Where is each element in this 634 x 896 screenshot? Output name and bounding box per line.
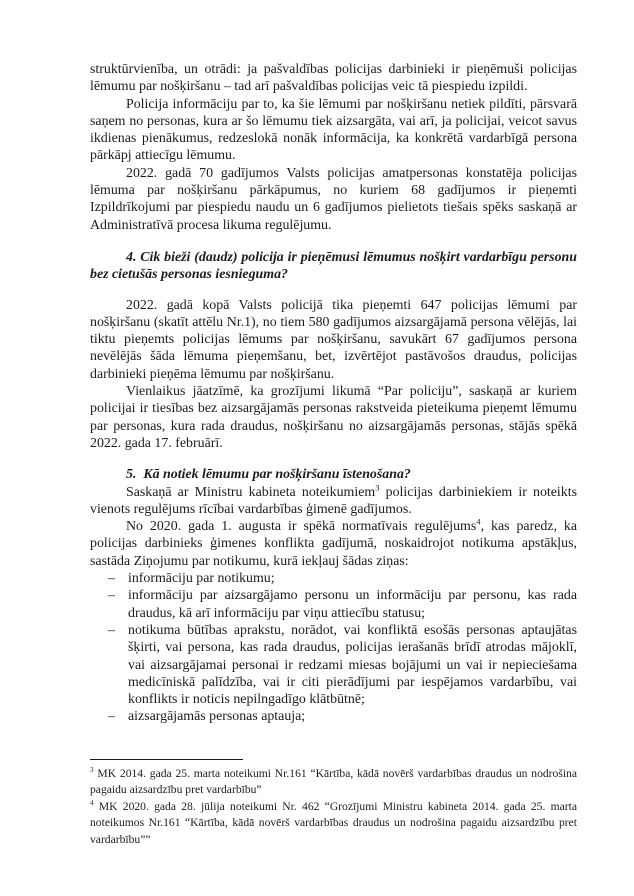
section-heading-4: 4. Cik bieži (daudz) policija ir pieņēmu… [90,249,577,284]
paragraph-continuation: struktūrvienība, un otrādi: ja pašvaldīb… [90,61,577,96]
footnote-4: 4 MK 2020. gada 28. jūlija noteikumi Nr.… [90,799,577,848]
paragraph-2020-regulation: No 2020. gada 1. augusta ir spēkā normat… [90,518,577,570]
bullet-text: notikuma būtības aprakstu, norādot, vai … [128,623,577,707]
footnote-marker-4: 4 [90,799,94,807]
bullet-text: informāciju par aizsargājamo personu un … [128,588,577,620]
bullet-item: – informāciju par notikumu; [90,570,577,587]
paragraph-police-information: Policija informāciju par to, ka šie lēmu… [90,96,577,165]
paragraph-law-amendments: Vienlaikus jāatzīmē, ka grozījumi likumā… [90,383,577,452]
footnote-text: MK 2014. gada 25. marta noteikumi Nr.161… [90,767,577,796]
document-page: struktūrvienība, un otrādi: ja pašvaldīb… [0,0,634,896]
bullet-marker: – [108,570,115,587]
footnote-text: MK 2020. gada 28. jūlija noteikumi Nr. 4… [90,800,577,846]
paragraph-text: No 2020. gada 1. augusta ir spēkā normat… [126,519,476,534]
footnotes-section: 3 MK 2014. gada 25. marta noteikumi Nr.1… [90,759,577,848]
footnote-marker-3: 3 [90,766,94,774]
paragraph-mk-regulations: Saskaņā ar Ministru kabineta noteikumiem… [90,484,577,519]
paragraph-2022-decisions: 2022. gadā kopā Valsts policijā tika pie… [90,297,577,383]
footnote-separator [90,759,243,760]
bullet-list: – informāciju par notikumu; – informācij… [90,570,577,726]
bullet-marker: – [108,708,115,725]
bullet-marker: – [108,622,115,639]
paragraph-2022-violations: 2022. gadā 70 gadījumos Valsts policijas… [90,165,577,234]
paragraph-text: Saskaņā ar Ministru kabineta noteikumiem [126,485,375,500]
section-heading-5: 5. Kā notiek lēmumu par nošķiršanu īsten… [90,466,577,483]
bullet-item: – aizsargājamās personas aptauja; [90,708,577,725]
bullet-text: aizsargājamās personas aptauja; [128,709,305,724]
bullet-text: informāciju par notikumu; [128,571,275,586]
bullet-item: – notikuma būtības aprakstu, norādot, va… [90,622,577,708]
footnote-3: 3 MK 2014. gada 25. marta noteikumi Nr.1… [90,766,577,799]
bullet-marker: – [108,587,115,604]
bullet-item: – informāciju par aizsargājamo personu u… [90,587,577,622]
